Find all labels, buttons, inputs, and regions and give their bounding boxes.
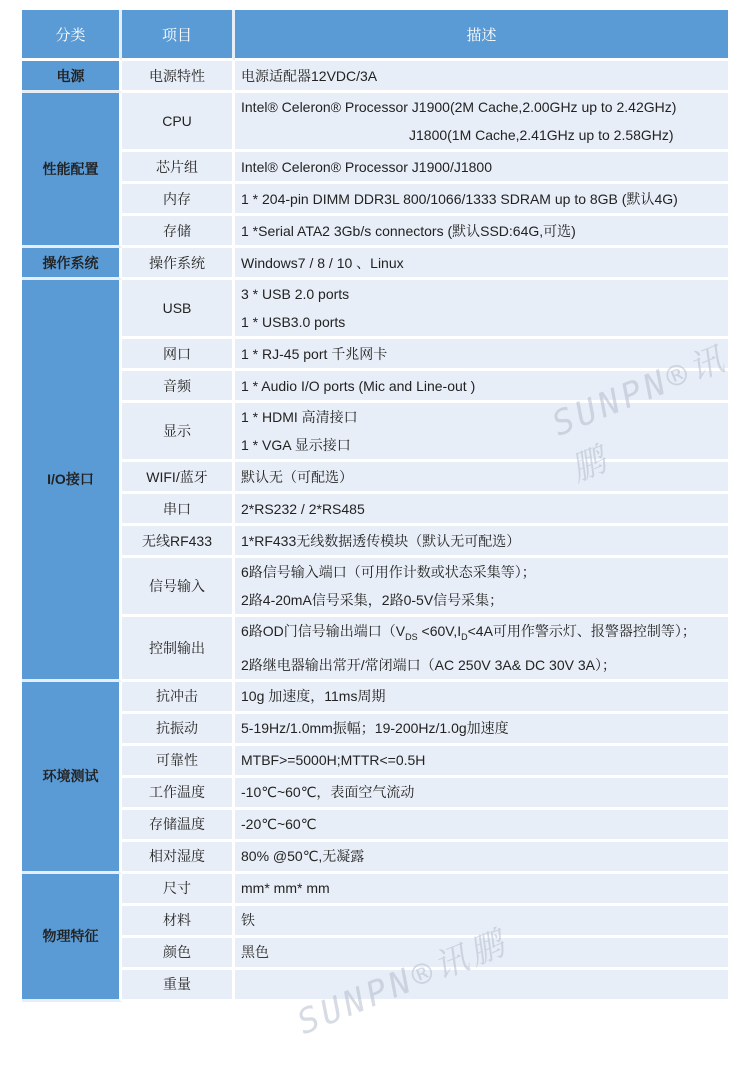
item-label: 显示 [122, 403, 235, 462]
item-description: Windows7 / 8 / 10 、Linux [235, 248, 728, 280]
table-row: 串口 2*RS232 / 2*RS485 [22, 494, 728, 526]
item-description: MTBF>=5000H;MTTR<=0.5H [235, 746, 728, 778]
item-label: 材料 [122, 906, 235, 938]
category-performance: 性能配置 [22, 93, 122, 248]
item-label: 音频 [122, 371, 235, 403]
table-row: 物理特征 尺寸 mm* mm* mm [22, 874, 728, 906]
table-row: 可靠性 MTBF>=5000H;MTTR<=0.5H [22, 746, 728, 778]
item-description: 2*RS232 / 2*RS485 [235, 494, 728, 526]
table-row: 信号输入 6路信号输入端口（可用作计数或状态采集等）； 2路4-20mA信号采集… [22, 558, 728, 617]
table-row: 无线RF433 1*RF433无线数据透传模块（默认无可配选） [22, 526, 728, 558]
item-description: 铁 [235, 906, 728, 938]
category-os: 操作系统 [22, 248, 122, 280]
item-label: 芯片组 [122, 152, 235, 184]
item-label: 串口 [122, 494, 235, 526]
category-physical: 物理特征 [22, 874, 122, 1002]
item-label: 工作温度 [122, 778, 235, 810]
item-description: 电源适配器12VDC/3A [235, 61, 728, 93]
item-description: Intel® Celeron® Processor J1900/J1800 [235, 152, 728, 184]
item-description: 1 * Audio I/O ports (Mic and Line-out ) [235, 371, 728, 403]
item-description: 6路信号输入端口（可用作计数或状态采集等）； 2路4-20mA信号采集，2路0-… [235, 558, 728, 617]
table-row: 芯片组 Intel® Celeron® Processor J1900/J180… [22, 152, 728, 184]
item-description: -20℃~60℃ [235, 810, 728, 842]
item-label: 抗冲击 [122, 682, 235, 714]
table-row: 工作温度 -10℃~60℃，表面空气流动 [22, 778, 728, 810]
item-label: 无线RF433 [122, 526, 235, 558]
item-description: 黑色 [235, 938, 728, 970]
header-description: 描述 [235, 10, 728, 61]
table-row: 相对湿度 80% @50℃,无凝露 [22, 842, 728, 874]
item-description: 1 * HDMI 高清接口 1 * VGA 显示接口 [235, 403, 728, 462]
item-label: 操作系统 [122, 248, 235, 280]
header-row: 分类 项目 描述 [22, 10, 728, 61]
table-row: 重量 [22, 970, 728, 1002]
table-row: 网口 1 * RJ-45 port 千兆网卡 [22, 339, 728, 371]
category-env: 环境测试 [22, 682, 122, 874]
table-row: 存储 1 *Serial ATA2 3Gb/s connectors (默认SS… [22, 216, 728, 248]
header-category: 分类 [22, 10, 122, 61]
table-row: 内存 1 * 204-pin DIMM DDR3L 800/1066/1333 … [22, 184, 728, 216]
item-description: 1*RF433无线数据透传模块（默认无可配选） [235, 526, 728, 558]
item-description: mm* mm* mm [235, 874, 728, 906]
category-power: 电源 [22, 61, 122, 93]
item-description: 1 * RJ-45 port 千兆网卡 [235, 339, 728, 371]
item-description: 1 * 204-pin DIMM DDR3L 800/1066/1333 SDR… [235, 184, 728, 216]
item-label: WIFI/蓝牙 [122, 462, 235, 494]
category-io: I/O接口 [22, 280, 122, 682]
item-label: 电源特性 [122, 61, 235, 93]
table-row: 显示 1 * HDMI 高清接口 1 * VGA 显示接口 [22, 403, 728, 462]
table-row: 操作系统 操作系统 Windows7 / 8 / 10 、Linux [22, 248, 728, 280]
item-label: 内存 [122, 184, 235, 216]
table-row: 音频 1 * Audio I/O ports (Mic and Line-out… [22, 371, 728, 403]
item-description: 默认无（可配选） [235, 462, 728, 494]
item-description: Intel® Celeron® Processor J1900(2M Cache… [235, 93, 728, 152]
table-row: 抗振动 5-19Hz/1.0mm振幅；19-200Hz/1.0g加速度 [22, 714, 728, 746]
item-label: 控制输出 [122, 617, 235, 682]
table-row: 环境测试 抗冲击 10g 加速度，11ms周期 [22, 682, 728, 714]
item-description: 5-19Hz/1.0mm振幅；19-200Hz/1.0g加速度 [235, 714, 728, 746]
item-label: CPU [122, 93, 235, 152]
item-label: 抗振动 [122, 714, 235, 746]
item-label: 存储温度 [122, 810, 235, 842]
item-label: 信号输入 [122, 558, 235, 617]
table-row: 控制输出 6路OD门信号输出端口（VDS <60V,ID<4A可用作警示灯、报警… [22, 617, 728, 682]
item-label: USB [122, 280, 235, 339]
item-label: 存储 [122, 216, 235, 248]
spec-table: 分类 项目 描述 电源 电源特性 电源适配器12VDC/3A 性能配置 CPU … [22, 10, 728, 1002]
table-row: 存储温度 -20℃~60℃ [22, 810, 728, 842]
table-row: 材料 铁 [22, 906, 728, 938]
item-description: 10g 加速度，11ms周期 [235, 682, 728, 714]
item-label: 颜色 [122, 938, 235, 970]
item-description: 6路OD门信号输出端口（VDS <60V,ID<4A可用作警示灯、报警器控制等）… [235, 617, 728, 682]
item-description: 3 * USB 2.0 ports 1 * USB3.0 ports [235, 280, 728, 339]
item-description [235, 970, 728, 1002]
table-row: I/O接口 USB 3 * USB 2.0 ports 1 * USB3.0 p… [22, 280, 728, 339]
item-description: -10℃~60℃，表面空气流动 [235, 778, 728, 810]
table-row: 颜色 黑色 [22, 938, 728, 970]
item-label: 可靠性 [122, 746, 235, 778]
item-description: 1 *Serial ATA2 3Gb/s connectors (默认SSD:6… [235, 216, 728, 248]
item-description: 80% @50℃,无凝露 [235, 842, 728, 874]
table-row: WIFI/蓝牙 默认无（可配选） [22, 462, 728, 494]
table-row: 性能配置 CPU Intel® Celeron® Processor J1900… [22, 93, 728, 152]
table-row: 电源 电源特性 电源适配器12VDC/3A [22, 61, 728, 93]
item-label: 网口 [122, 339, 235, 371]
header-item: 项目 [122, 10, 235, 61]
item-label: 尺寸 [122, 874, 235, 906]
item-label: 相对湿度 [122, 842, 235, 874]
item-label: 重量 [122, 970, 235, 1002]
